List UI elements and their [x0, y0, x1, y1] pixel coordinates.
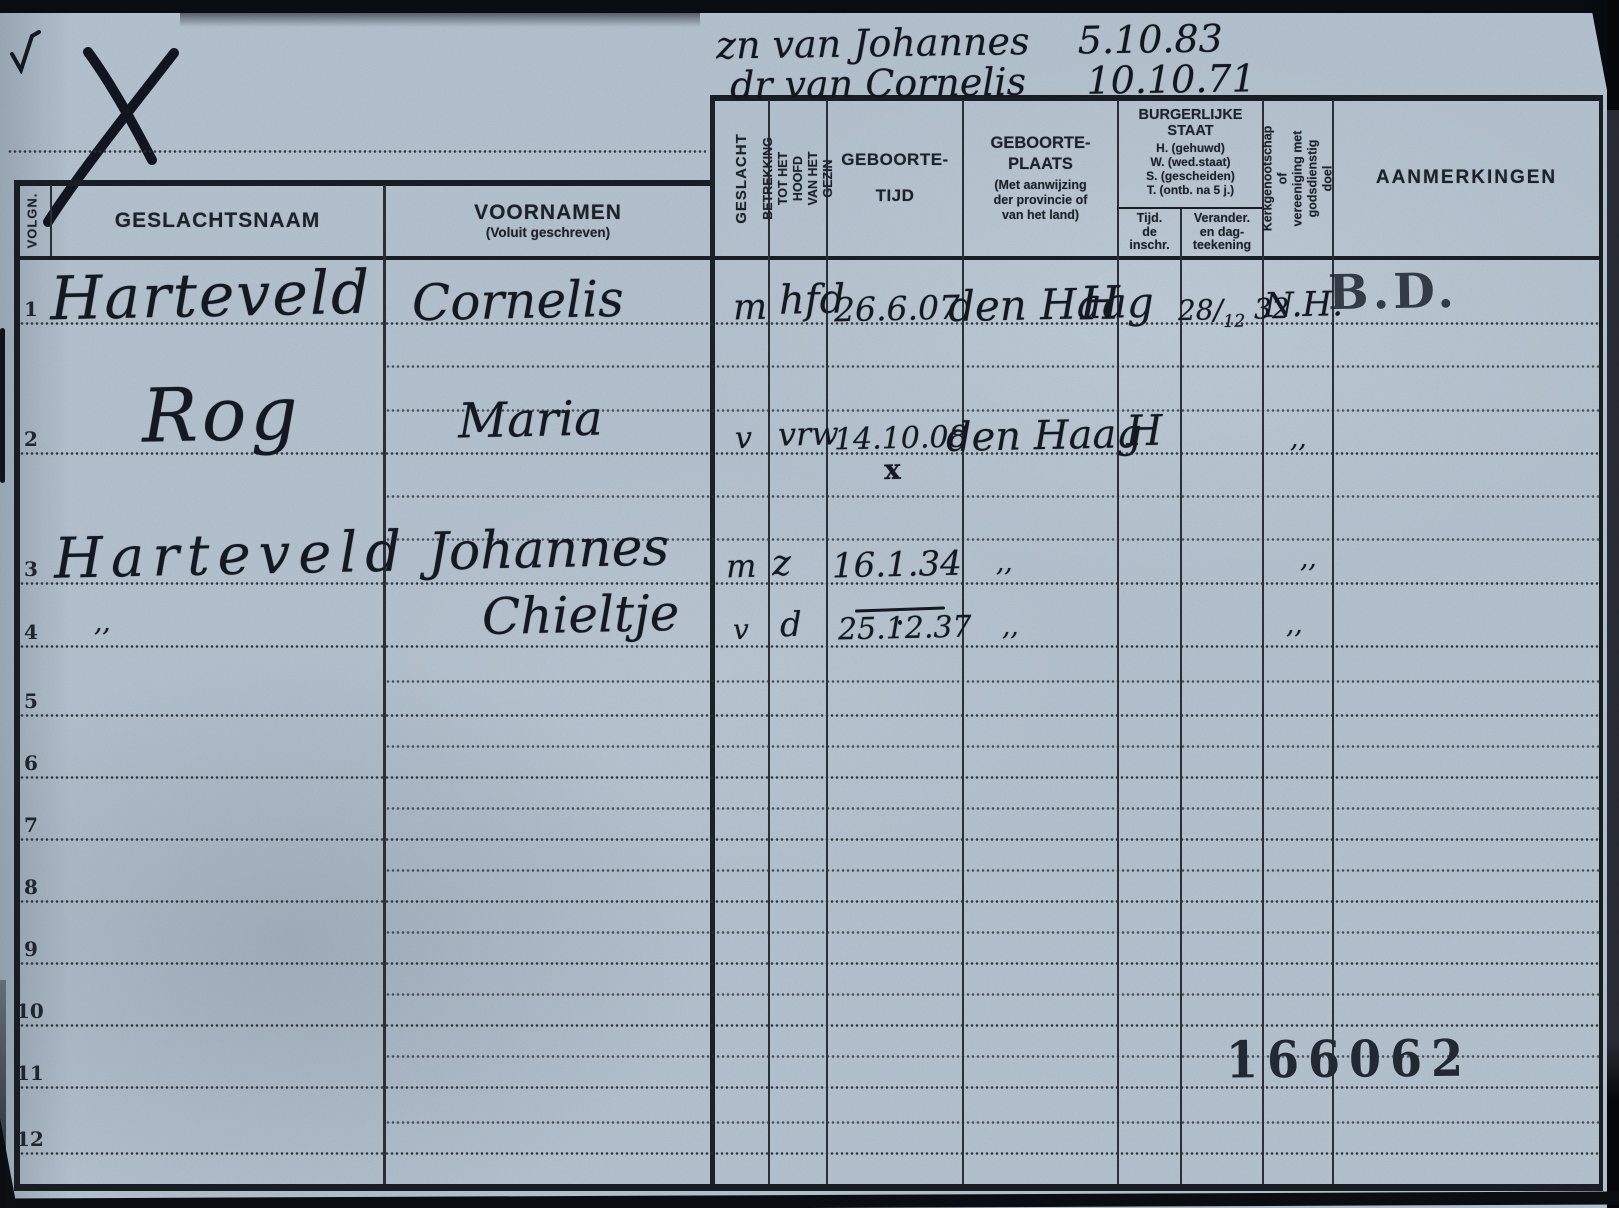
ruled-line-row4: [20, 645, 1600, 648]
column-header-kerkgenootschap: Kerkgenootschap of vereeniging met godsd…: [1264, 100, 1332, 256]
top-note-line2: dr van Cornelis 10.10.71: [730, 56, 1256, 107]
voornamen-label: VOORNAMEN: [474, 201, 622, 225]
entry2-geslacht: v: [735, 424, 753, 454]
ruled-subline: [386, 745, 1600, 748]
bd-stamp: B.D.: [1328, 267, 1459, 317]
row-number: 2: [24, 427, 38, 451]
row-number: 1: [24, 297, 38, 321]
row-number: 5: [24, 689, 38, 713]
betrekking-label: BETREKKING TOT HET HOOFD VAN HET GEZIN: [761, 137, 836, 220]
column-header-volgnr: VOLGN.: [14, 185, 50, 256]
subcolumn-header-verandering: Verander. en dag- teekening: [1182, 209, 1262, 256]
entry1-geboorteplaats: den Haag: [948, 282, 1155, 328]
entry2-voornamen: Maria: [458, 394, 604, 445]
ruled-subline: [386, 365, 1600, 368]
entry3-voornamen: Johannes: [427, 521, 669, 578]
entry1-verandering-sub: 12: [1223, 312, 1246, 332]
divider-naam-voornamen: [383, 185, 386, 1184]
ruled-subline: [386, 1121, 1600, 1124]
entry4-kerkgenootschap: ,,: [1286, 612, 1303, 638]
entry1-geboortetijd: 26.6.07: [834, 291, 961, 327]
row-number: 11: [16, 1061, 44, 1085]
burgstaat-title: BURGERLIJKE STAAT: [1139, 108, 1243, 140]
entry3-kerkgenootschap: ,,: [1300, 546, 1317, 572]
entry1-voornamen: Cornelis: [411, 274, 624, 328]
divider-aanmerkingen: [1332, 100, 1334, 1184]
voornamen-sublabel: (Voluit geschreven): [486, 225, 610, 240]
entry2-geboortetijd-mark: x: [884, 456, 901, 484]
entry4-geboortetijd: 25.12.37: [838, 613, 972, 646]
volgnr-label: VOLGN.: [25, 193, 40, 249]
table-border-bottom: [14, 1184, 1603, 1191]
entry3-geslacht: m: [726, 550, 757, 583]
entry1-geslachtsnaam: Harteveld: [49, 263, 372, 330]
column-header-betrekking: BETREKKING TOT HET HOOFD VAN HET GEZIN: [770, 100, 826, 256]
geboorteplaats-sublabel: (Met aanwijzing der provincie of van het…: [994, 178, 1088, 223]
scanned-family-card: zn van Johannes 5.10.83 dr van Cornelis …: [0, 0, 1619, 1208]
entry4-geboorteplaats: ,,: [1002, 614, 1019, 640]
entry4-geslacht: v: [733, 616, 749, 644]
entry2-burgerlijke-staat: H: [1126, 410, 1164, 453]
entry2-geboorteplaats: den Haag: [946, 414, 1143, 458]
ruled-subline: [386, 495, 1600, 498]
burgstaat-codes: H. (gehuwd) W. (wed.staat) S. (gescheide…: [1146, 142, 1235, 197]
divider-geslacht-left: [710, 100, 715, 1184]
entry3-geboorteplaats: ,,: [996, 550, 1013, 576]
ruled-line-row8: [20, 900, 1600, 903]
entry3-geslachtsnaam: Harteveld: [53, 524, 409, 587]
divider-tijd-verander: [1180, 207, 1182, 1184]
entry1-geslacht: m: [733, 290, 768, 327]
scan-edge-right: [1607, 0, 1619, 1208]
ruled-line-lead: [8, 150, 706, 153]
row-number: 4: [24, 620, 38, 644]
divider-betrekking: [768, 100, 770, 1184]
ruled-subline: [386, 931, 1600, 934]
kerkgenootschap-label: Kerkgenootschap of vereeniging met godsd…: [1261, 125, 1336, 231]
entry4-betrekking: d: [780, 608, 802, 642]
column-header-burgerlijke-staat: BURGERLIJKE STAAT H. (gehuwd) W. (wed.st…: [1119, 100, 1262, 206]
column-header-voornamen: VOORNAMEN (Voluit geschreven): [386, 185, 710, 256]
ruled-line-row12: [20, 1152, 1600, 1155]
table-border-left: [14, 180, 20, 1190]
column-header-aanmerkingen: AANMERKINGEN: [1334, 100, 1599, 256]
row-number: 7: [24, 813, 38, 837]
scan-edge-bottom: [0, 1191, 1619, 1208]
row-number: 6: [24, 751, 38, 775]
registration-number-stamp: 166062: [1226, 1033, 1472, 1085]
entry1-verandering-num: 28/: [1178, 293, 1224, 327]
entry1-burgerlijke-staat: H: [1080, 280, 1121, 327]
row-number: 8: [24, 875, 38, 899]
ruled-subline: [386, 869, 1600, 872]
geslacht-label: GESLACHT: [733, 133, 750, 224]
divider-geboortetijd: [826, 100, 828, 1184]
row-number: 12: [16, 1127, 44, 1151]
entry4-geslachtsnaam-ditto: ,,: [94, 610, 111, 636]
entry3-geboortetijd: 16.1.34: [832, 547, 962, 584]
scan-edge-top-smudge: [180, 13, 700, 27]
ruled-subline: [386, 680, 1600, 683]
ruled-line-row6: [20, 776, 1600, 779]
scan-edge-top: [0, 0, 1619, 13]
ruled-subline: [386, 807, 1600, 810]
scan-edge-left-streak: [0, 328, 5, 483]
entry2-kerkgenootschap: ,,: [1290, 426, 1307, 452]
scan-edge-left-lower: [0, 980, 6, 1208]
entry4-voornamen: Chieltje: [481, 588, 679, 642]
column-header-geboorteplaats: GEBOORTE- PLAATS (Met aanwijzing der pro…: [964, 100, 1117, 256]
entry2-betrekking: vrw: [778, 417, 839, 450]
entry3-betrekking: z: [772, 546, 792, 582]
entry2-geslachtsnaam: Rog: [141, 376, 302, 453]
subcolumn-header-tijd-inschr: Tijd. de inschr.: [1119, 209, 1180, 256]
ruled-line-row10: [20, 1024, 1600, 1027]
ruled-line-row5: [20, 714, 1600, 717]
row-number: 3: [24, 557, 38, 581]
geboorteplaats-label: GEBOORTE- PLAATS: [991, 133, 1091, 174]
ruled-subline: [386, 993, 1600, 996]
row-number: 10: [16, 999, 44, 1023]
column-header-geboortetijd: GEBOORTE- TIJD: [828, 100, 962, 256]
divider-burgstaat: [1117, 100, 1119, 1184]
ruled-line-row7: [20, 838, 1600, 841]
row-number: 9: [24, 937, 38, 961]
ruled-line-row9: [20, 962, 1600, 965]
divider-kerk: [1262, 100, 1264, 1184]
column-header-geslachtsnaam: GESLACHTSNAAM: [52, 185, 383, 256]
